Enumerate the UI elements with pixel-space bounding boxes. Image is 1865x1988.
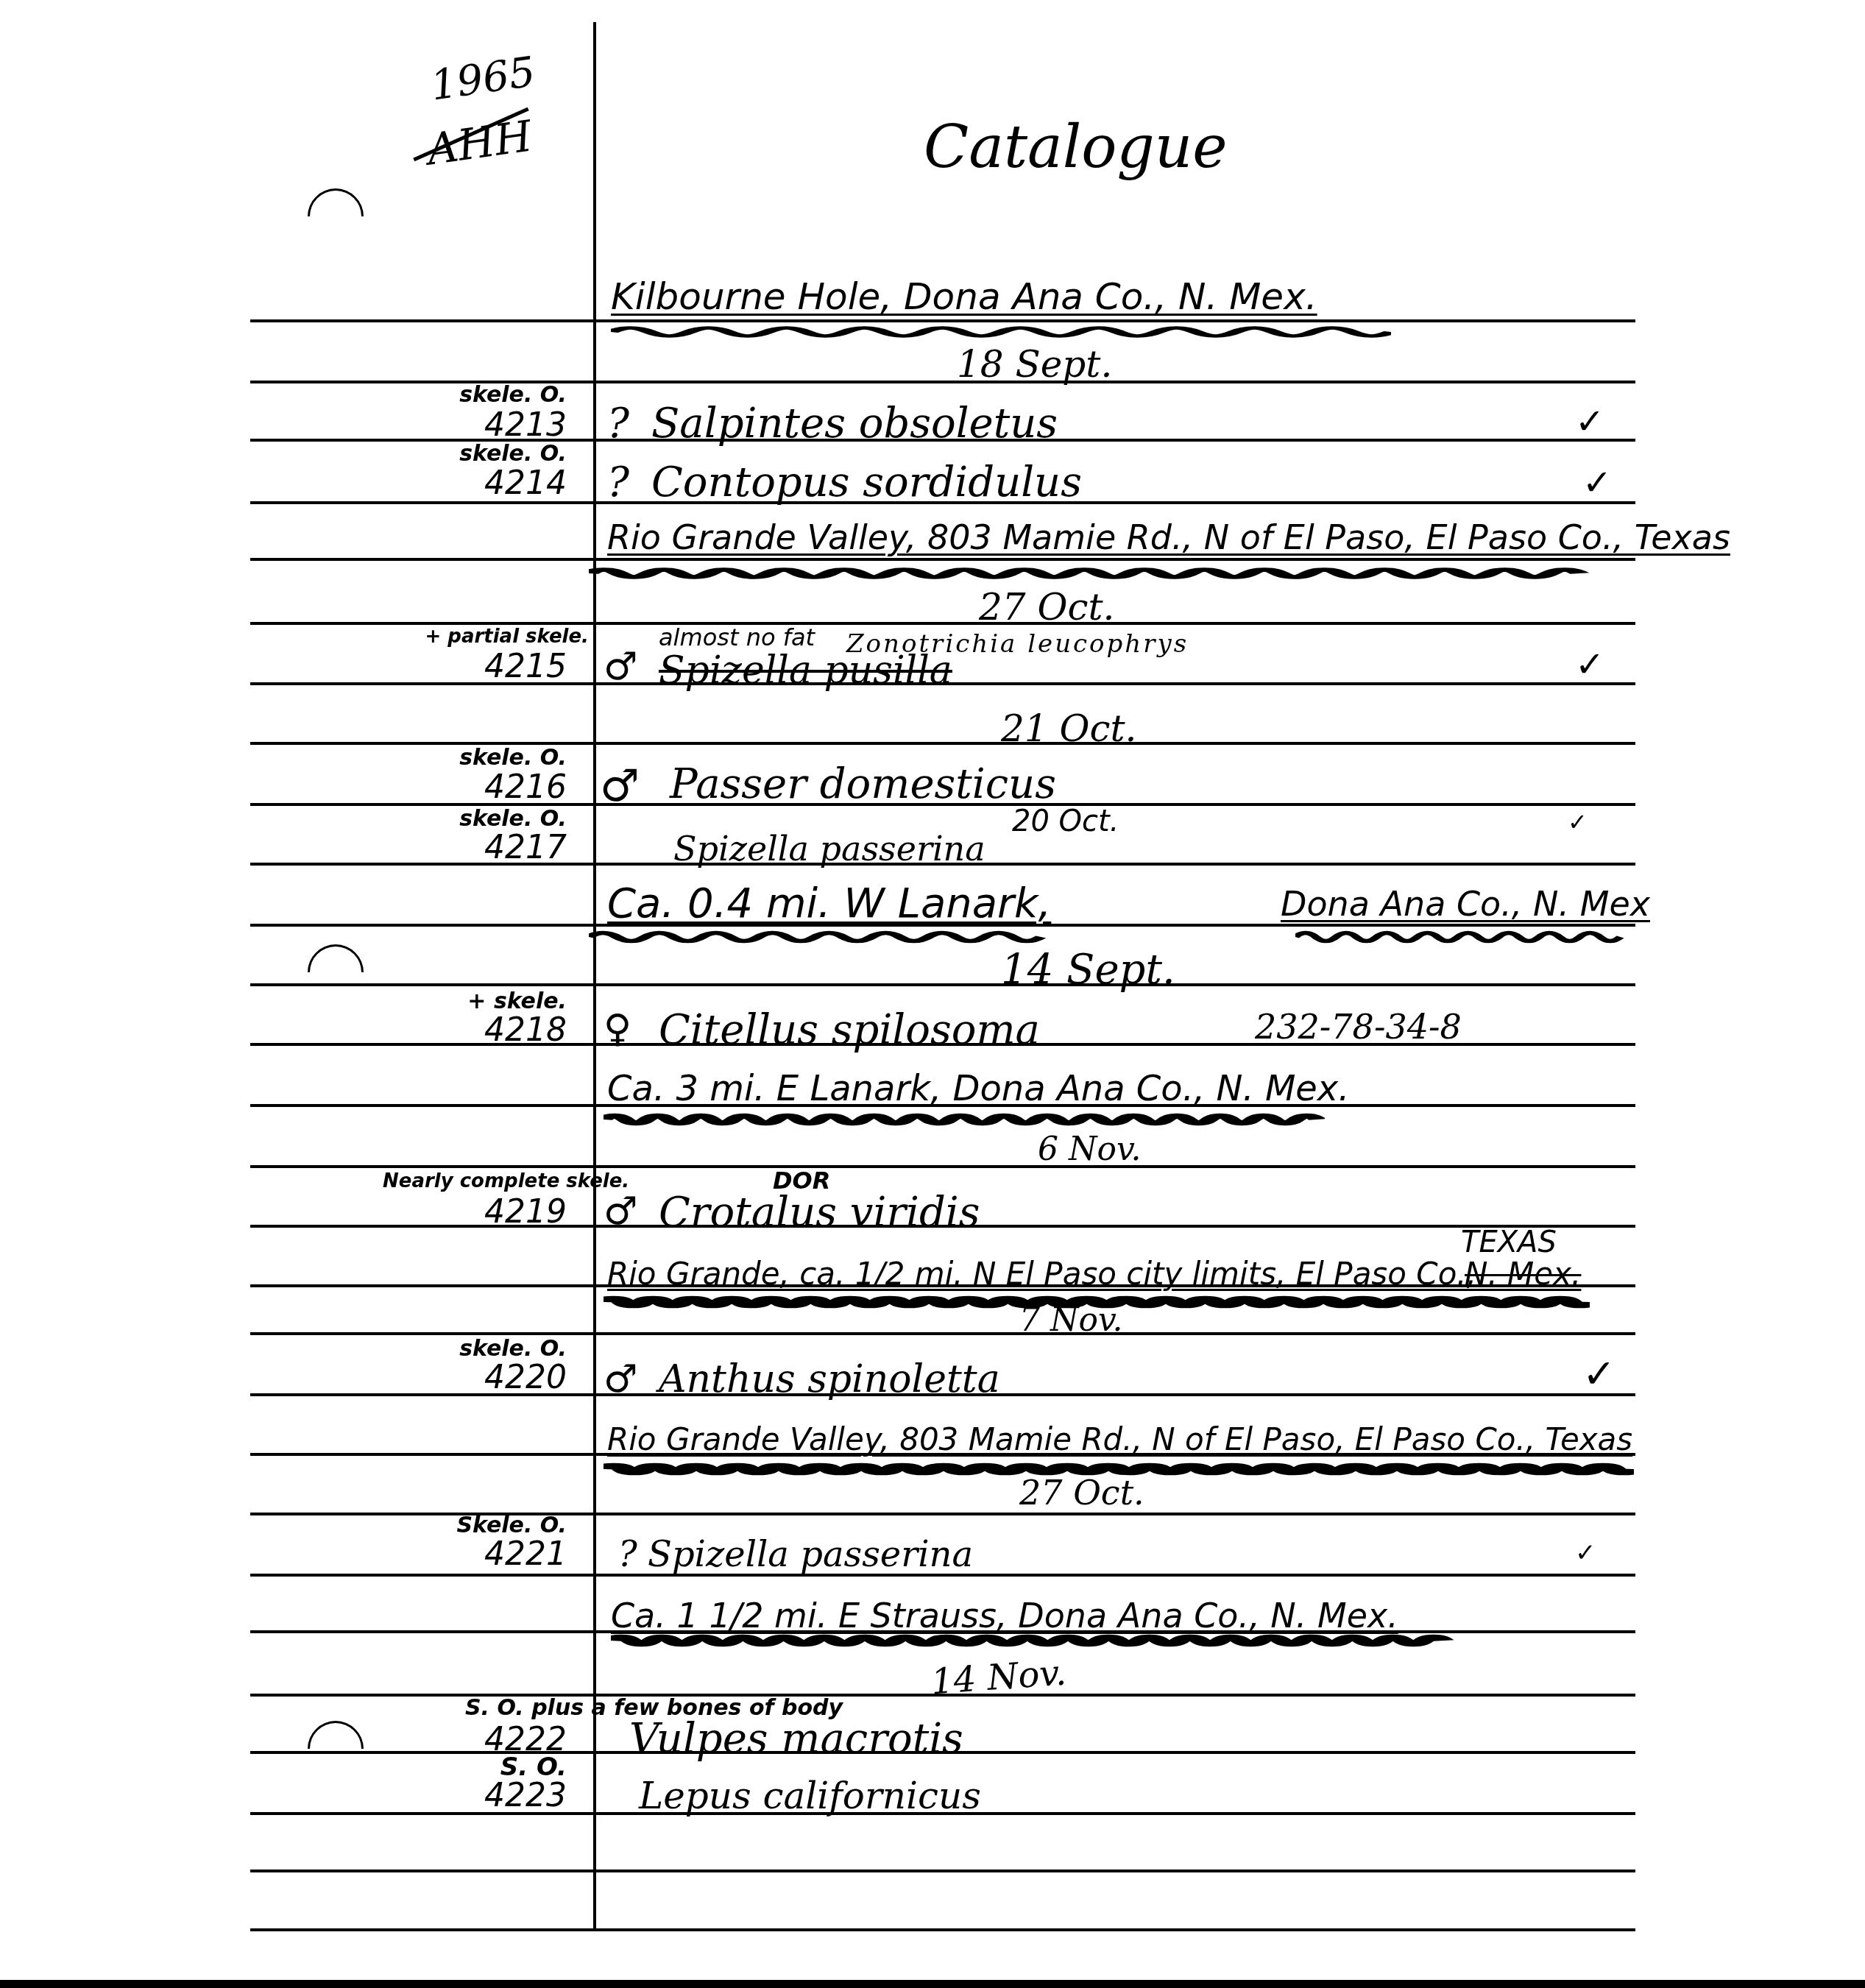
- preparation-note: S. O.: [442, 1755, 567, 1780]
- ruled-line: [250, 983, 1635, 986]
- ruled-line: [250, 1332, 1635, 1335]
- species-name: Salpintes obsoletus: [651, 403, 1058, 445]
- locality: Rio Grande Valley, 803 Mamie Rd., N of E…: [607, 520, 1730, 554]
- catalogue-number: 4213: [456, 409, 567, 442]
- struck-species-name: Spizella pusilla: [659, 651, 952, 690]
- locality: Ca. 1 1/2 mi. E Strauss, Dona Ana Co., N…: [611, 1599, 1398, 1633]
- scan-edge-bar: [0, 1980, 1865, 1988]
- locality: Rio Grande Valley, 803 Mamie Rd., N of E…: [607, 1424, 1632, 1455]
- ruled-line: [250, 1928, 1635, 1931]
- catalogue-number: 4220: [456, 1362, 567, 1394]
- preparation-note: + skele.: [442, 991, 567, 1013]
- collection-date: 20 Oct.: [1012, 807, 1119, 836]
- collection-date: 27 Oct.: [979, 589, 1115, 626]
- species-name: Spizella passerina: [648, 1537, 973, 1572]
- checkmark-icon: ✓: [1575, 401, 1604, 442]
- ruled-line: [250, 381, 1635, 383]
- uncertain-marker: ?: [607, 462, 629, 503]
- male-symbol-icon: ♂: [604, 1192, 638, 1231]
- species-name: Citellus spilosoma: [659, 1010, 1040, 1051]
- catalogue-number: 4221: [456, 1538, 567, 1571]
- male-symbol-icon: ♂: [600, 764, 640, 808]
- species-name: Vulpes macrotis: [629, 1719, 963, 1760]
- inserted-state: TEXAS: [1461, 1228, 1557, 1257]
- collection-date: 7 Nov.: [1019, 1304, 1123, 1337]
- ruled-line: [250, 319, 1635, 322]
- preparation-note: skele. O.: [442, 443, 567, 465]
- catalogue-number: 4219: [456, 1196, 567, 1228]
- catalogue-number: 4222: [456, 1724, 567, 1756]
- collection-date: 14 Nov.: [930, 1655, 1068, 1700]
- page-title: Catalogue: [924, 118, 1228, 177]
- preparation-note: skele. O.: [442, 747, 567, 769]
- ruled-line: [250, 558, 1635, 561]
- ruled-line: [250, 622, 1635, 625]
- collection-date: 14 Sept.: [1001, 949, 1175, 991]
- male-symbol-icon: ♂: [604, 648, 638, 686]
- preparation-note: Nearly complete skele.: [383, 1172, 692, 1191]
- preparation-note: skele. O.: [442, 808, 567, 830]
- ruled-line: [250, 742, 1635, 745]
- collection-date: 18 Sept.: [957, 346, 1112, 383]
- locality: Kilbourne Hole, Dona Ana Co., N. Mex.: [611, 278, 1317, 315]
- preparation-note: Skele. O.: [442, 1515, 567, 1537]
- wavy-underline: [611, 324, 1391, 340]
- checkmark-icon: ✓: [1582, 462, 1612, 503]
- collection-date: 27 Oct.: [1019, 1476, 1144, 1510]
- wavy-underline: [611, 1633, 1457, 1649]
- punch-hole-mark: [296, 177, 375, 255]
- ruled-line: [250, 1870, 1635, 1872]
- preparation-note: skele. O.: [442, 1338, 567, 1360]
- year-label: 1965: [428, 52, 538, 107]
- collection-date: 21 Oct.: [1001, 710, 1137, 747]
- wavy-underline: [589, 929, 1060, 945]
- measurements: 232-78-34-8: [1255, 1010, 1462, 1044]
- preparation-note: skele. O.: [442, 384, 567, 406]
- species-name: Contopus sordidulus: [651, 462, 1082, 503]
- wavy-underline: [604, 1111, 1325, 1128]
- uncertain-marker: ?: [618, 1537, 637, 1572]
- male-symbol-icon: ♂: [604, 1360, 638, 1398]
- checkmark-icon: ✓: [1582, 1351, 1615, 1397]
- female-symbol-icon: ♀: [604, 1010, 631, 1048]
- checkmark-icon: ✓: [1568, 808, 1588, 836]
- catalogue-page: 1965 AHH Catalogue Kilbourne Hole, Dona …: [0, 0, 1865, 1988]
- initials-label: AHH: [425, 114, 535, 171]
- locality: Rio Grande, ca. 1/2 mi. N El Paso city l…: [607, 1259, 1476, 1290]
- species-name: Crotalus viridis: [659, 1192, 980, 1234]
- collection-date: 6 Nov.: [1038, 1133, 1142, 1166]
- catalogue-number: 4216: [456, 771, 567, 804]
- locality: Ca. 3 mi. E Lanark, Dona Ana Co., N. Mex…: [607, 1071, 1350, 1106]
- preparation-note: + partial skele.: [412, 627, 589, 646]
- checkmark-icon: ✓: [1575, 644, 1604, 685]
- checkmark-icon: ✓: [1575, 1538, 1596, 1568]
- uncertain-marker: ?: [607, 403, 629, 445]
- catalogue-number: 4223: [456, 1780, 567, 1812]
- punch-hole-mark: [296, 1709, 375, 1788]
- catalogue-number: 4218: [456, 1014, 567, 1047]
- wavy-underline: [1295, 929, 1634, 945]
- catalogue-number: 4214: [456, 467, 567, 500]
- species-name: Lepus californicus: [639, 1777, 981, 1814]
- wavy-underline: [589, 565, 1590, 581]
- punch-hole-mark: [296, 933, 375, 1011]
- species-name: Spizella passerina: [673, 832, 985, 866]
- catalogue-number: 4215: [456, 651, 567, 683]
- struck-state: N. Mex.: [1465, 1259, 1581, 1290]
- species-name: Passer domesticus: [670, 764, 1056, 805]
- species-name: Anthus spinoletta: [659, 1360, 1000, 1398]
- ruled-line: [250, 1165, 1635, 1168]
- fat-annotation: almost no fat: [659, 626, 815, 649]
- margin-line: [593, 22, 596, 1930]
- locality-left: Ca. 0.4 mi. W Lanark,: [607, 883, 1051, 924]
- catalogue-number: 4217: [456, 832, 567, 864]
- locality-right: Dona Ana Co., N. Mex: [1281, 887, 1650, 921]
